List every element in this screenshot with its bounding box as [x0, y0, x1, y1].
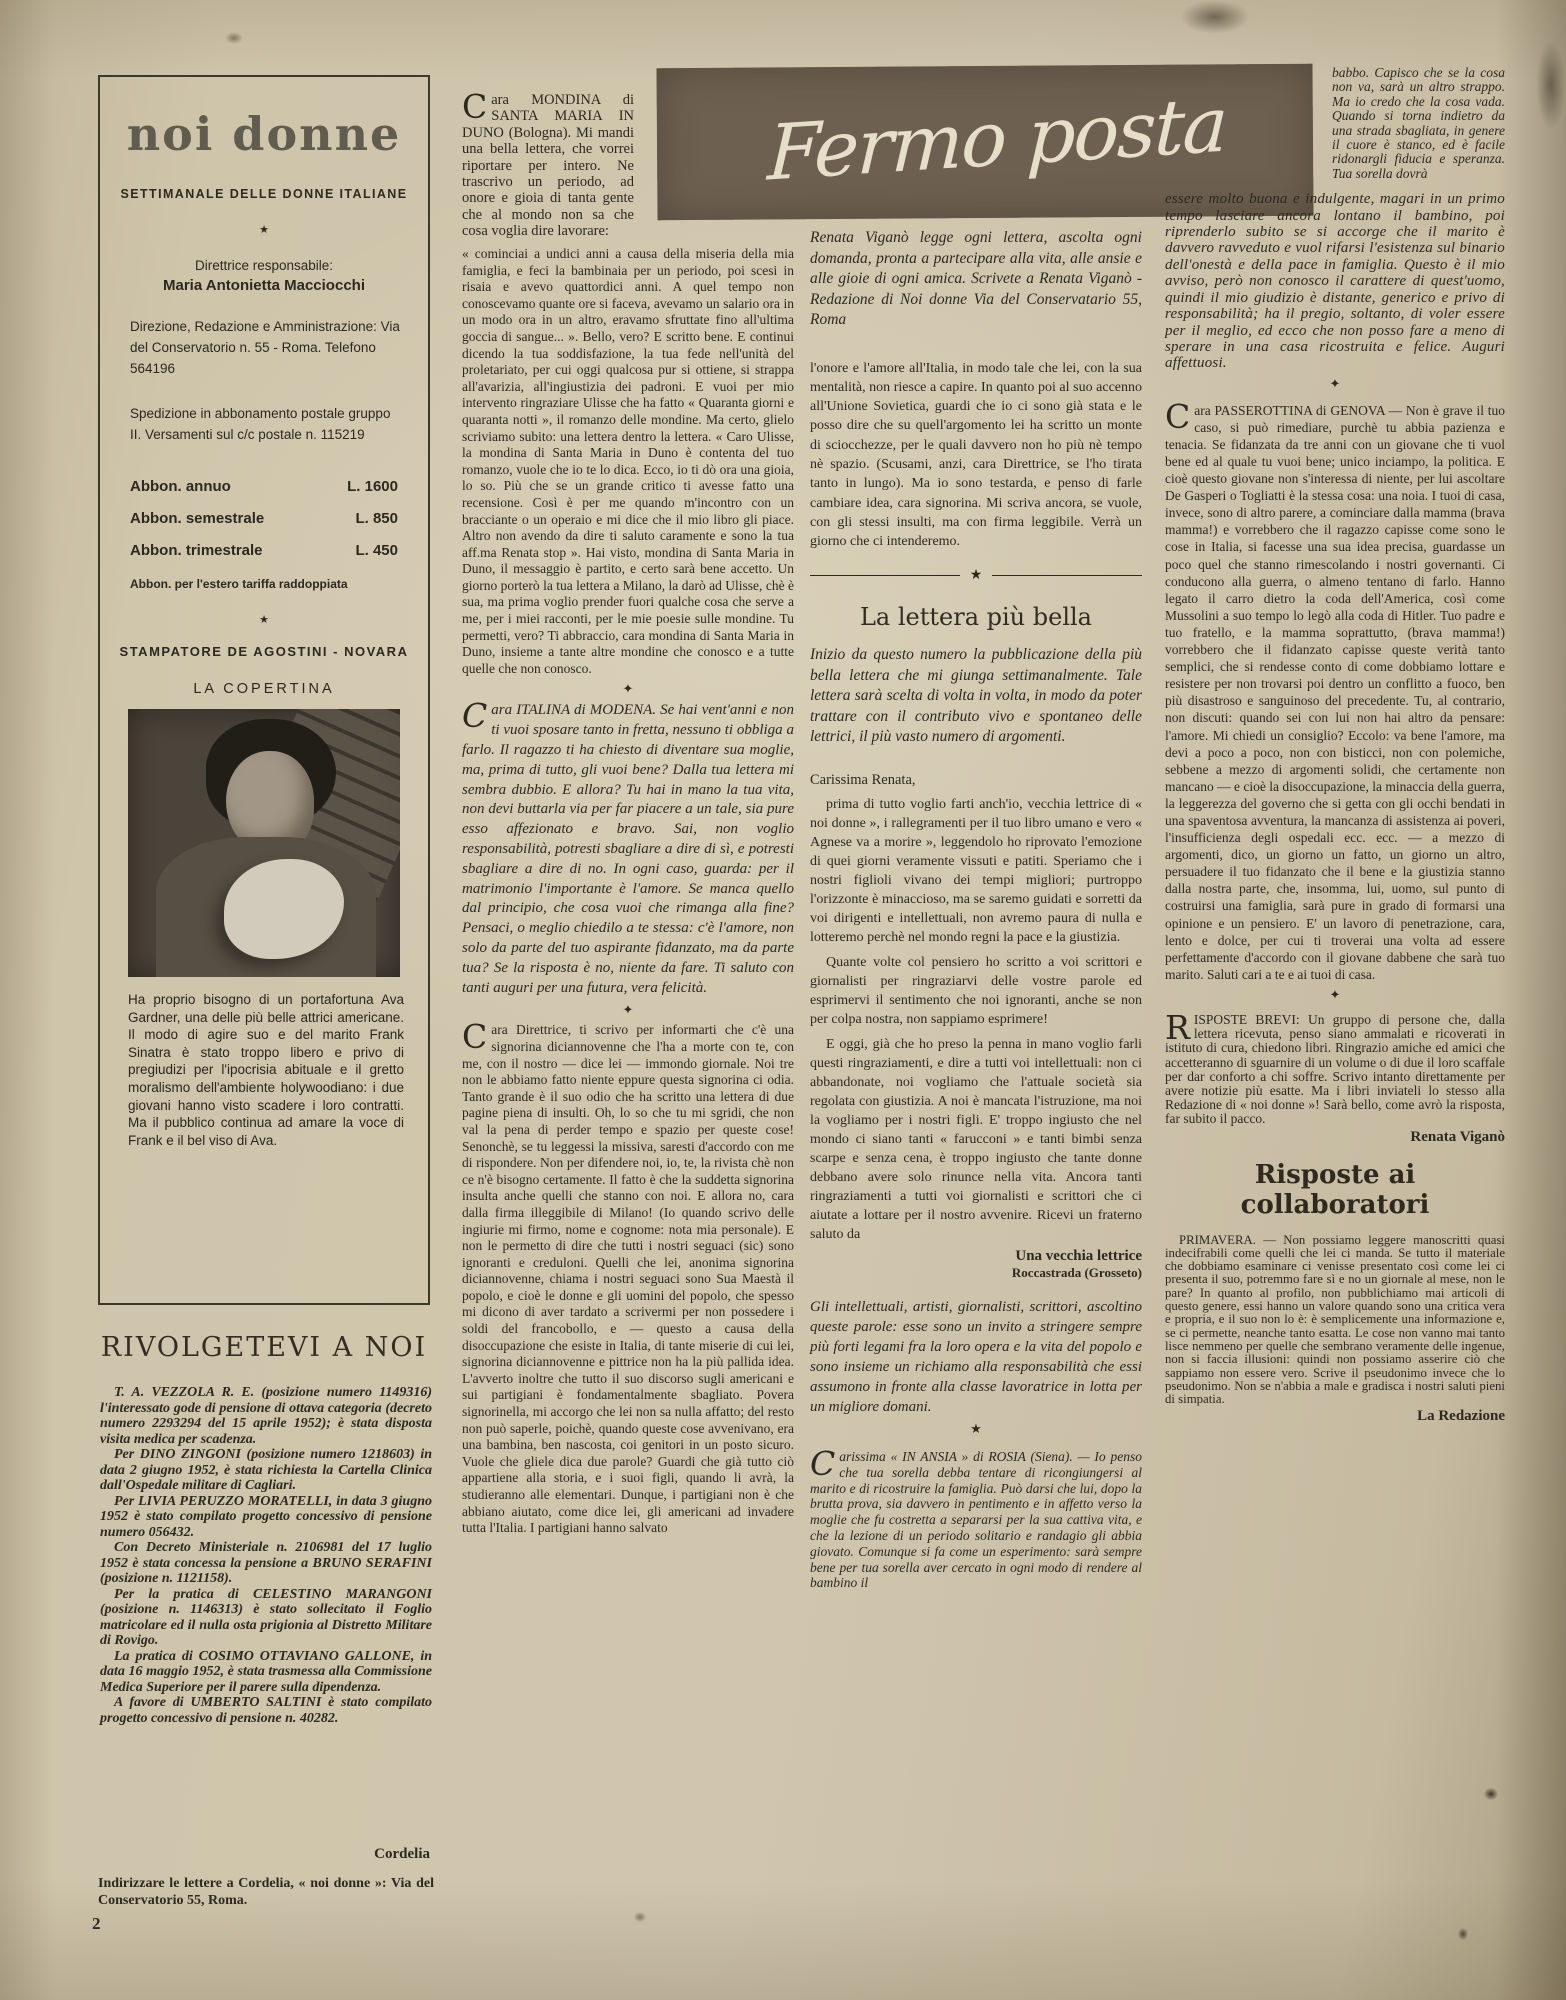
subscription-price: L. 450 — [355, 535, 398, 567]
column-b: Renata Viganò legge ogni lettera, ascolt… — [810, 228, 1142, 1591]
paper-stain — [1536, 40, 1566, 130]
magazine-page: noi donne SETTIMANALE DELLE DONNE ITALIA… — [0, 0, 1566, 2000]
star-icon: ★ — [960, 567, 993, 584]
paper-stain — [225, 32, 243, 44]
subscription-price: L. 850 — [355, 503, 398, 535]
letter-passerottina: Cara PASSEROTTINA di GENOVA — Non è grav… — [1165, 402, 1505, 983]
subscription-price: L. 1600 — [347, 471, 398, 503]
diamond-separator-icon: ✦ — [1165, 983, 1505, 1007]
lettera-bella-heading: La lettera più bella — [810, 603, 1142, 631]
renata-vigano-signature: Renata Viganò — [1165, 1129, 1505, 1146]
paper-stain — [634, 1912, 646, 1922]
star-rule-separator: ★ — [810, 563, 1142, 587]
cover-photo — [128, 709, 400, 977]
cordelia-signature: Cordelia — [100, 1846, 430, 1863]
subscription-label: Abbon. annuo — [130, 471, 231, 503]
redazione-signature: La Redazione — [1165, 1408, 1505, 1425]
rivolgetevi-paragraph: Con Decreto Ministeriale n. 2106981 del … — [100, 1540, 432, 1587]
rivolgetevi-title: RIVOLGETEVI A NOI — [98, 1332, 430, 1363]
risposte-brevi: RISPOSTE BREVI: Un gruppo di persone che… — [1165, 1013, 1505, 1127]
letter-italina: Cara ITALINA di MODENA. Se hai vent'anni… — [462, 701, 794, 998]
direttrice-label: Direttrice responsabile: — [100, 258, 428, 273]
estero-note: Abbon. per l'estero tariffa raddoppiata — [130, 577, 402, 591]
collaboratori-heading: Risposte ai collaboratori — [1165, 1160, 1505, 1220]
letter-mondina-body: « cominciai a undici anni a causa della … — [462, 246, 794, 677]
star-icon: ★ — [100, 223, 428, 236]
diamond-separator-icon: ✦ — [462, 677, 794, 701]
rivolgetevi-paragraph: A favore di UMBERTO SALTINI è stato comp… — [100, 1695, 432, 1726]
letter-onore-continuation: l'onore e l'amore all'Italia, in modo ta… — [810, 359, 1142, 552]
rivolgetevi-paragraph: T. A. VEZZOLA R. E. (posizione numero 11… — [100, 1385, 432, 1447]
magazine-tagline: SETTIMANALE DELLE DONNE ITALIANE — [100, 187, 428, 201]
subscription-rates: Abbon. annuo L. 1600 Abbon. semestrale L… — [130, 471, 398, 567]
column-d: babbo. Capisco che se la cosa non va, sa… — [1165, 66, 1505, 1425]
rivolgetevi-text: T. A. VEZZOLA R. E. (posizione numero 11… — [100, 1385, 432, 1726]
letter-babbo-continuation: babbo. Capisco che se la cosa non va, sa… — [1332, 66, 1505, 181]
subscription-row: Abbon. annuo L. 1600 — [130, 471, 398, 503]
column-a: « cominciai a undici anni a causa della … — [462, 246, 794, 1537]
letter-mondina-opening: Cara MONDINA di SANTA MARIA IN DUNO (Bol… — [462, 92, 634, 240]
star-icon: ★ — [100, 613, 428, 626]
star-separator-icon: ✦ — [1165, 372, 1505, 396]
magazine-logo: noi donne — [100, 95, 428, 173]
subscription-row: Abbon. semestrale L. 850 — [130, 503, 398, 535]
letter-direttrice: Cara Direttrice, ti scrivo per informart… — [462, 1022, 794, 1536]
paper-stain — [1458, 1928, 1468, 1940]
cover-section-title: LA COPERTINA — [100, 681, 428, 697]
spedizione-block: Spedizione in abbonamento postale gruppo… — [130, 403, 402, 445]
letter-paragraph: Quante volte col pensiero ho scritto a v… — [810, 953, 1142, 1029]
masthead-box: noi donne SETTIMANALE DELLE DONNE ITALIA… — [98, 75, 430, 1305]
letter-salutation: Carissima Renata, — [810, 772, 1142, 789]
letter-paragraph: E oggi, già che ho preso la penna in man… — [810, 1035, 1142, 1244]
address-block: Direzione, Redazione e Amministrazione: … — [130, 316, 402, 379]
letter-paragraph: prima di tutto voglio farti anch'io, vec… — [810, 795, 1142, 947]
paper-stain — [1484, 1788, 1498, 1800]
editorial-note: Gli intellettuali, artisti, giornalisti,… — [810, 1297, 1142, 1417]
star-separator-icon: ★ — [810, 1417, 1142, 1441]
rivolgetevi-footer: Indirizzare le lettere a Cordelia, « noi… — [98, 1876, 434, 1909]
subscription-label: Abbon. trimestrale — [130, 535, 263, 567]
paper-stain — [1180, 0, 1250, 34]
rivolgetevi-paragraph: La pratica di COSIMO OTTAVIANO GALLONE, … — [100, 1649, 432, 1696]
letter-essere-continuation: essere molto buona e indulgente, magari … — [1165, 191, 1505, 371]
printer-credit: STAMPATORE DE AGOSTINI - NOVARA — [100, 644, 428, 659]
page-number: 2 — [92, 1914, 101, 1934]
rivolgetevi-paragraph: Per DINO ZINGONI (posizione numero 12186… — [100, 1447, 432, 1494]
letter-in-ansia: Carissima « IN ANSIA » di ROSIA (Siena).… — [810, 1449, 1142, 1591]
rivolgetevi-paragraph: Per LIVIA PERUZZO MORATELLI, in data 3 g… — [100, 1494, 432, 1541]
direttrice-name: Maria Antonietta Macciocchi — [100, 277, 428, 294]
rubric-intro: Renata Viganò legge ogni lettera, ascolt… — [810, 228, 1142, 331]
subscription-row: Abbon. trimestrale L. 450 — [130, 535, 398, 567]
subscription-label: Abbon. semestrale — [130, 503, 264, 535]
lettera-bella-intro: Inizio da questo numero la pubblicazione… — [810, 645, 1142, 748]
rivolgetevi-paragraph: Per la pratica di CELESTINO MARANGONI (p… — [100, 1587, 432, 1649]
primavera-reply: PRIMAVERA. — Non possiamo leggere manosc… — [1165, 1234, 1505, 1407]
cover-caption: Ha proprio bisogno di un portafortuna Av… — [128, 991, 404, 1149]
reader-signature-place: Roccastrada (Grosseto) — [810, 1265, 1142, 1281]
diamond-separator-icon: ✦ — [462, 998, 794, 1022]
reader-signature: Una vecchia lettrice — [810, 1248, 1142, 1265]
